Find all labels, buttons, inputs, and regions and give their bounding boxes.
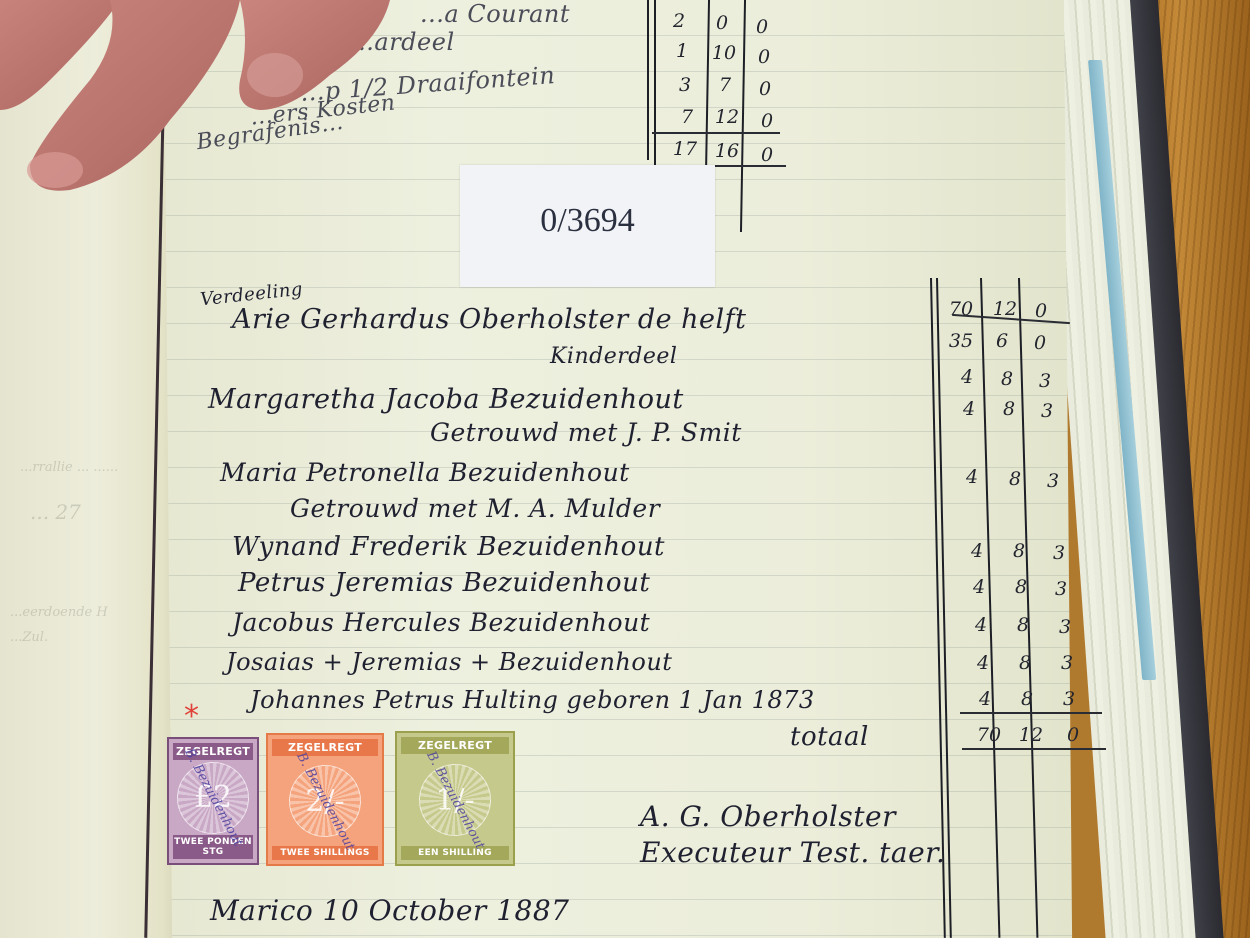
total-label: totaal xyxy=(790,722,869,752)
amount-shillings: 0 xyxy=(705,12,739,34)
share-shillings: 8 xyxy=(1004,576,1038,598)
share-pence: 3 xyxy=(1048,616,1082,638)
amount-shillings: 10 xyxy=(707,42,741,64)
share-pence: 3 xyxy=(1052,688,1086,710)
document-photo: ...rrallie ... ...... ... 27 ...eerdoend… xyxy=(0,0,1250,938)
heir-line: Johannes Petrus Hulting geboren 1 Jan 18… xyxy=(250,686,815,714)
hand-holding-page xyxy=(0,0,420,200)
share-pounds: 4 xyxy=(960,540,994,562)
share-pounds: 4 xyxy=(966,652,1000,674)
share-shillings: 8 xyxy=(1002,540,1036,562)
amount-pence: 0 xyxy=(748,78,782,100)
signature-title: Executeur Test. taer. xyxy=(640,836,945,869)
share-shillings: 8 xyxy=(998,468,1032,490)
total-rule xyxy=(960,712,1102,714)
archive-reference-label: 0/3694 xyxy=(460,165,715,287)
share-pence: 3 xyxy=(1028,370,1062,392)
share-pence: 3 xyxy=(1036,470,1070,492)
share-pounds: 4 xyxy=(962,576,996,598)
stamp-header: ZEGELREGT xyxy=(401,737,509,754)
amount-pounds: 2 xyxy=(662,10,696,32)
stamp-header: ZEGELREGT xyxy=(272,739,378,756)
amount-pence: 0 xyxy=(747,46,781,68)
share-pounds: 35 xyxy=(944,330,978,352)
heir-line: Margaretha Jacoba Bezuidenhout xyxy=(208,384,684,415)
total-pounds: 17 xyxy=(668,138,702,160)
amount-pounds: 3 xyxy=(668,74,702,96)
archive-reference: 0/3694 xyxy=(540,202,634,240)
amount-pence: 0 xyxy=(745,16,779,38)
place-date: Marico 10 October 1887 xyxy=(210,894,569,927)
signature-name: A. G. Oberholster xyxy=(640,800,896,833)
total-pence: 0 xyxy=(750,144,784,166)
amount-pence: 0 xyxy=(750,110,784,132)
share-pence: 3 xyxy=(1050,652,1084,674)
red-asterisk-mark: * xyxy=(184,702,199,732)
stamp-footer: EEN SHILLING xyxy=(401,846,509,860)
share-pounds: 4 xyxy=(955,466,989,488)
revenue-stamp-one-shilling: ZEGELREGT 1/- B. Bezuidenhout EEN SHILLI… xyxy=(395,731,515,866)
share-pence: 3 xyxy=(1030,400,1064,422)
heir-line: Maria Petronella Bezuidenhout xyxy=(220,458,630,487)
amount-pounds: 1 xyxy=(665,40,699,62)
share-shillings: 8 xyxy=(1008,652,1042,674)
revenue-stamp-two-pounds: ZEGELREGT £2 B. Bezuidenhout TWEE PONDEN… xyxy=(167,737,259,865)
share-shillings: 8 xyxy=(1006,614,1040,636)
grand-total-shillings: 12 xyxy=(1014,724,1048,746)
amount-pounds: 7 xyxy=(670,106,704,128)
share-pence: 3 xyxy=(1042,542,1076,564)
heir-line: Petrus Jeremias Bezuidenhout xyxy=(238,568,650,598)
amount-shillings: 12 xyxy=(710,106,744,128)
grand-total-pence: 0 xyxy=(1056,724,1090,746)
total-shillings: 16 xyxy=(710,140,744,162)
share-shillings: 8 xyxy=(990,368,1024,390)
heir-line: Josaias + Jeremias + Bezuidenhout xyxy=(226,648,672,676)
share-shillings: 8 xyxy=(1010,688,1044,710)
top-col-line xyxy=(654,0,656,165)
top-entry-1: ...a Courant xyxy=(420,0,570,28)
heir-line: Arie Gerhardus Oberholster de helft xyxy=(232,304,747,335)
heir-subline: Getrouwd met J. P. Smit xyxy=(430,418,742,447)
share-pounds: 4 xyxy=(950,366,984,388)
share-pounds: 4 xyxy=(964,614,998,636)
share-pounds: 4 xyxy=(968,688,1002,710)
share-shillings: 8 xyxy=(992,398,1026,420)
heir-subline: Getrouwd met M. A. Mulder xyxy=(290,494,660,523)
share-shillings: 6 xyxy=(985,330,1019,352)
share-pence: 0 xyxy=(1023,332,1057,354)
heir-line: Jacobus Hercules Bezuidenhout xyxy=(232,608,650,637)
total-rule xyxy=(962,748,1106,750)
stamp-footer: TWEE SHILLINGS xyxy=(272,846,378,860)
heir-subline: Kinderdeel xyxy=(550,344,677,369)
top-col-line xyxy=(647,0,649,160)
grand-total-pounds: 70 xyxy=(972,724,1006,746)
amount-shillings: 7 xyxy=(708,74,742,96)
share-pounds: 4 xyxy=(952,398,986,420)
subtotal-rule xyxy=(652,132,780,134)
share-pence: 3 xyxy=(1044,578,1078,600)
heir-line: Wynand Frederik Bezuidenhout xyxy=(232,532,665,562)
revenue-stamp-two-shillings: ZEGELREGT 2/- B. Bezuidenhout TWEE SHILL… xyxy=(266,733,384,866)
